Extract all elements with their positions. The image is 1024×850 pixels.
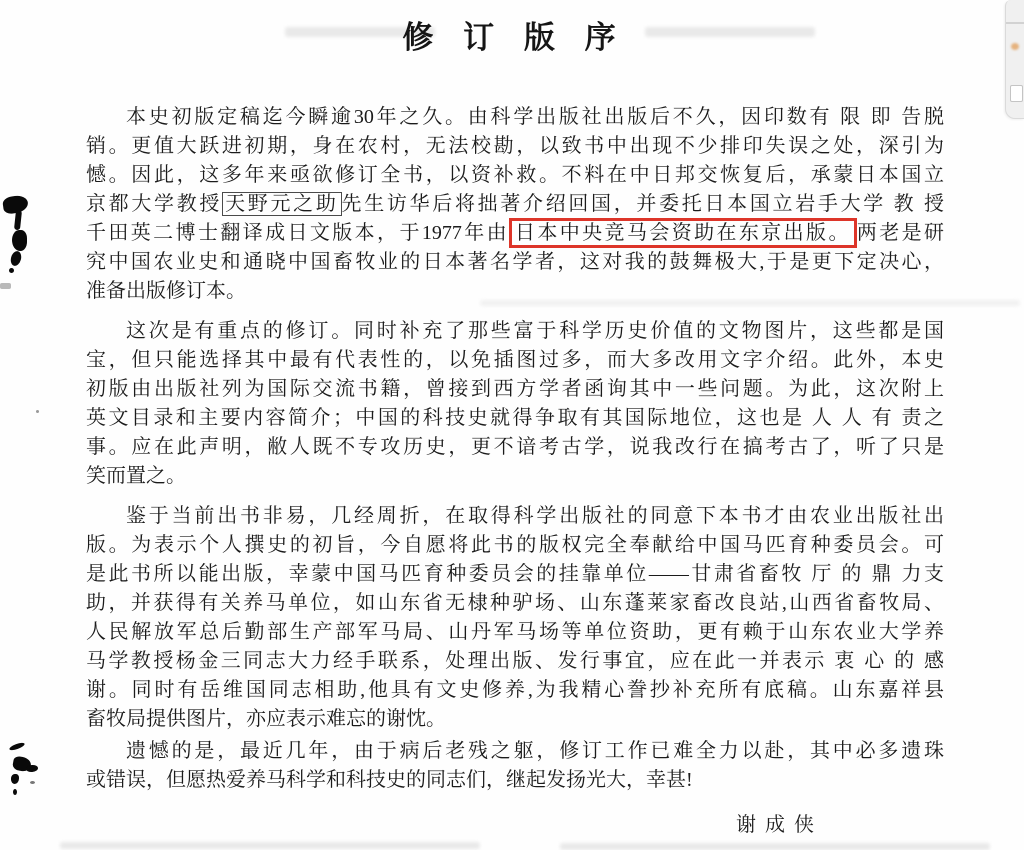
ink-blot — [0, 283, 11, 289]
document-body: 本史初版定稿迄今瞬逾30年之久。由科学出版社出版后不久，因印数有 限 即 告脱 … — [86, 103, 944, 840]
text-segment: 千田英二博士翻译成日文版本，于1977年由 — [86, 222, 509, 244]
panel-divider-icon — [1006, 22, 1024, 24]
viewer-side-panel[interactable] — [1005, 0, 1024, 119]
paragraph-2: 这次是有重点的修订。同时补充了那些富于科学历史价值的文物图片，这些都是国 宝，但… — [86, 317, 944, 491]
text-line: 这次是有重点的修订。同时补充了那些富于科学历史价值的文物图片，这些都是国 — [86, 317, 944, 346]
text-line: 千田英二博士翻译成日文版本，于1977年由日本中央竞马会资助在东京出版。两老是研 — [86, 219, 944, 248]
ink-blot — [13, 789, 17, 795]
paragraph-3: 鉴于当前出书非易，几经周折，在取得科学出版社的同意下本书才由农业出版社出 版。为… — [86, 502, 944, 734]
text-line: 人民解放军总后勤部生产部军马局、山丹军马场等单位资助，更有赖于山东农业大学养 — [86, 618, 944, 647]
text-line: 笑而置之。 — [86, 462, 944, 491]
text-line: 遗憾的是，最近几年，由于病后老残之躯，修订工作已难全力以赴，其中必多遗珠 — [86, 737, 944, 766]
text-line: 销。更值大跃进初期，身在农村，无法校勘，以致书中出现不少排印失误之处，深引为 — [86, 132, 944, 161]
ink-blot — [26, 764, 39, 772]
scan-streak — [60, 842, 480, 849]
ink-blot — [9, 250, 23, 267]
text-line: 是此书所以能出版，幸蒙中国马匹育种委员会的挂靠单位——甘肃省畜牧 厅 的 鼎 力… — [86, 560, 944, 589]
text-line: 憾。因此，这多年来亟欲修订全书，以资补救。不料在中日邦交恢复后，承蒙日本国立 — [86, 161, 944, 190]
text-line: 本史初版定稿迄今瞬逾30年之久。由科学出版社出版后不久，因印数有 限 即 告脱 — [86, 103, 944, 132]
ink-blot — [36, 410, 39, 413]
text-line: 英文目录和主要内容简介；中国的科技史就得争取有其国际地位，这也是 人 人 有 责… — [86, 404, 944, 433]
ink-blot — [30, 781, 35, 784]
author-signature: 谢 成 侠 — [86, 811, 944, 840]
text-line: 马学教授杨金三同志大力经手联系，处理出版、发行事宜，应在此一并表示 衷 心 的 … — [86, 647, 944, 676]
paragraph-1: 本史初版定稿迄今瞬逾30年之久。由科学出版社出版后不久，因印数有 限 即 告脱 … — [86, 103, 944, 306]
ink-blot — [9, 741, 26, 751]
ink-blot — [9, 268, 14, 273]
text-segment: 京都大学教授 — [86, 193, 222, 215]
text-line: 究中国农业史和通晓中国畜牧业的日本著名学者，这对我的鼓舞极大,于是更下定决心， — [86, 248, 944, 277]
text-line: 事。应在此声明，敝人既不专攻历史，更不谙考古学，说我改行在搞考古了，听了只是 — [86, 433, 944, 462]
scan-streak — [560, 843, 990, 850]
text-segment: 先生访华后将拙著介绍回国，并委托日本国立岩手大学 教 授 — [342, 193, 944, 215]
text-line: 助，并获得有关养马单位，如山东省无棣种驴场、山东蓬莱家畜改良站,山西省畜牧局、 — [86, 589, 944, 618]
text-line: 初版由出版社列为国际交流书籍，曾接到西方学者函询其中一些问题。为此，这次附上 — [86, 375, 944, 404]
red-highlight-box: 日本中央竞马会资助在东京出版。 — [509, 218, 857, 248]
marker-smudge-icon — [1011, 43, 1019, 50]
text-line: 谢。同时有岳维国同志相助,他具有文史修养,为我精心誊抄补充所有底稿。山东嘉祥县 — [86, 676, 944, 705]
page-title: 修 订 版 序 — [0, 12, 1024, 57]
ink-blot — [12, 230, 27, 251]
text-line: 或错误，但愿热爱养马科学和科技史的同志们，继起发扬光大，幸甚! — [86, 766, 944, 795]
text-line: 宝，但只能选择其中最有代表性的，以免插图过多，而大多改用文字介绍。此外，本史 — [86, 346, 944, 375]
text-line: 版。为表示个人撰史的初旨，今自愿将此书的版权完全奉献给中国马匹育种委员会。可 — [86, 531, 944, 560]
text-line: 准备出版修订本。 — [86, 277, 944, 306]
text-line: 鉴于当前出书非易，几经周折，在取得科学出版社的同意下本书才由农业出版社出 — [86, 502, 944, 531]
text-segment: 两老是研 — [857, 222, 944, 244]
paragraph-4: 遗憾的是，最近几年，由于病后老残之躯，修订工作已难全力以赴，其中必多遗珠 或错误… — [86, 737, 944, 795]
pencil-annotation-box: 天野元之助 — [222, 192, 341, 216]
ink-blot — [11, 774, 19, 784]
text-line: 畜牧局提供图片，亦应表示难忘的谢忱。 — [86, 705, 944, 734]
page-thumbnail-icon — [1010, 85, 1023, 102]
text-line: 京都大学教授天野元之助先生访华后将拙著介绍回国，并委托日本国立岩手大学 教 授 — [86, 190, 944, 219]
ink-blot — [14, 210, 22, 231]
scanned-page: 修 订 版 序 本史初版定稿迄今瞬逾30年之久。由科学出版社出版后不久，因印数有… — [0, 0, 1024, 850]
